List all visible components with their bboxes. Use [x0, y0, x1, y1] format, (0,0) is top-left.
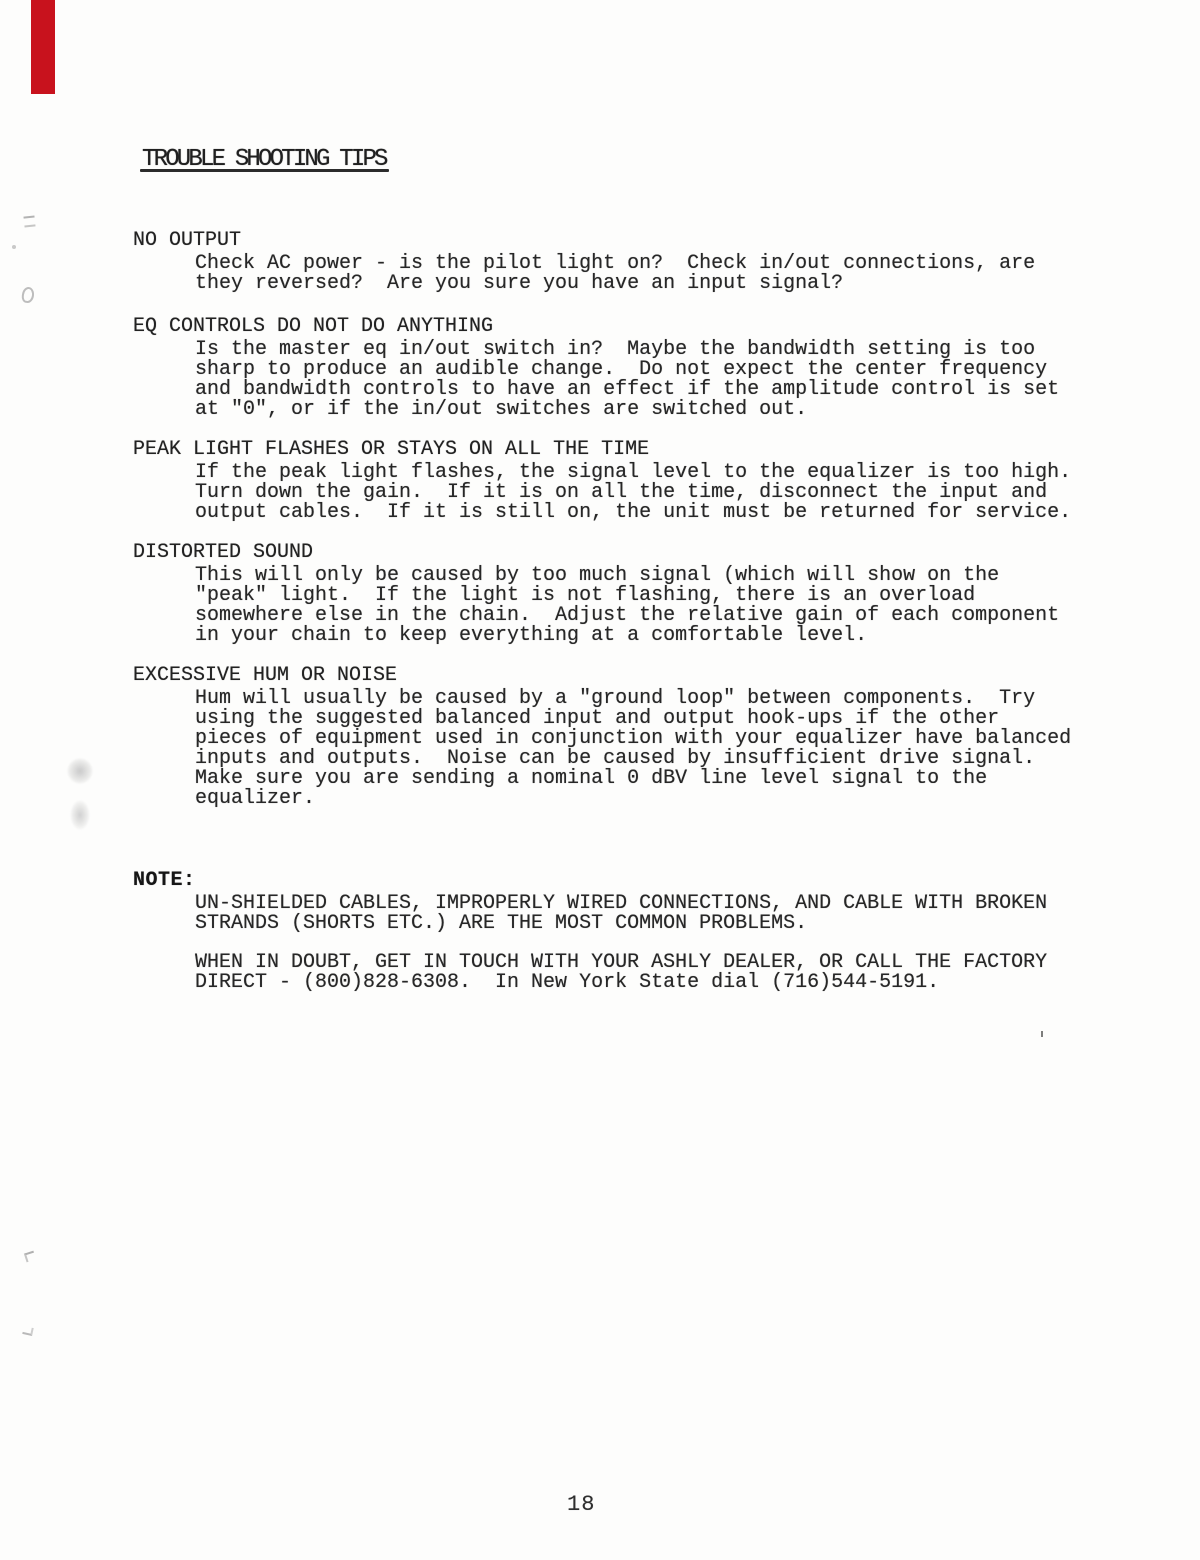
body-line: Check AC power - is the pilot light on? …: [195, 254, 1163, 274]
note-paragraph: UN-SHIELDED CABLES, IMPROPERLY WIRED CON…: [195, 894, 1163, 934]
body-line: output cables. If it is still on, the un…: [195, 503, 1163, 523]
section-distorted-sound: DISTORTED SOUND This will only be caused…: [133, 543, 1163, 646]
body-line: Make sure you are sending a nominal 0 dB…: [195, 769, 1163, 789]
body-line: equalizer.: [195, 789, 1163, 809]
scan-smudge: [70, 800, 90, 830]
body-line: and bandwidth controls to have an effect…: [195, 380, 1163, 400]
section-body: Hum will usually be caused by a "ground …: [133, 689, 1163, 809]
body-line: using the suggested balanced input and o…: [195, 709, 1163, 729]
section-heading: PEAK LIGHT FLASHES OR STAYS ON ALL THE T…: [133, 440, 1163, 460]
section-note: NOTE: UN-SHIELDED CABLES, IMPROPERLY WIR…: [133, 871, 1163, 993]
body-line: UN-SHIELDED CABLES, IMPROPERLY WIRED CON…: [195, 894, 1163, 914]
body-line: "peak" light. If the light is not flashi…: [195, 586, 1163, 606]
note-paragraph: WHEN IN DOUBT, GET IN TOUCH WITH YOUR AS…: [195, 953, 1163, 993]
body-line: in your chain to keep everything at a co…: [195, 626, 1163, 646]
section-body: If the peak light flashes, the signal le…: [133, 463, 1163, 523]
document-page: TROUBLE SHOOTING TIPS NO OUTPUT Check AC…: [0, 0, 1200, 1560]
scan-speck: [12, 245, 16, 249]
body-line: Hum will usually be caused by a "ground …: [195, 689, 1163, 709]
body-line: somewhere else in the chain. Adjust the …: [195, 606, 1163, 626]
body-line: pieces of equipment used in conjunction …: [195, 729, 1163, 749]
body-line: they reversed? Are you sure you have an …: [195, 274, 1163, 294]
body-line: If the peak light flashes, the signal le…: [195, 463, 1163, 483]
page-number: 18: [567, 1492, 595, 1517]
scan-speck: [24, 1251, 36, 1263]
title-underline: [140, 169, 389, 172]
section-body: This will only be caused by too much sig…: [133, 566, 1163, 646]
section-excessive-hum: EXCESSIVE HUM OR NOISE Hum will usually …: [133, 666, 1163, 809]
scan-smudge: [66, 758, 94, 784]
section-eq-controls: EQ CONTROLS DO NOT DO ANYTHING Is the ma…: [133, 317, 1163, 420]
scan-speck: [22, 1326, 33, 1336]
scan-speck: [1041, 1031, 1043, 1037]
scan-speck: [23, 215, 35, 227]
body-line: STRANDS (SHORTS ETC.) ARE THE MOST COMMO…: [195, 914, 1163, 934]
body-line: Is the master eq in/out switch in? Maybe…: [195, 340, 1163, 360]
body-line: This will only be caused by too much sig…: [195, 566, 1163, 586]
section-no-output: NO OUTPUT Check AC power - is the pilot …: [133, 231, 1163, 294]
section-heading: DISTORTED SOUND: [133, 543, 1163, 563]
section-heading: EXCESSIVE HUM OR NOISE: [133, 666, 1163, 686]
section-heading: EQ CONTROLS DO NOT DO ANYTHING: [133, 317, 1163, 337]
body-line: sharp to produce an audible change. Do n…: [195, 360, 1163, 380]
section-peak-light: PEAK LIGHT FLASHES OR STAYS ON ALL THE T…: [133, 440, 1163, 523]
note-body: UN-SHIELDED CABLES, IMPROPERLY WIRED CON…: [133, 894, 1163, 993]
scan-artifact-red-bar: [31, 0, 55, 94]
section-body: Is the master eq in/out switch in? Maybe…: [133, 340, 1163, 420]
section-heading: NO OUTPUT: [133, 231, 1163, 251]
body-line: WHEN IN DOUBT, GET IN TOUCH WITH YOUR AS…: [195, 953, 1163, 973]
scan-speck: [21, 286, 35, 304]
body-line: Turn down the gain. If it is on all the …: [195, 483, 1163, 503]
body-line: inputs and outputs. Noise can be caused …: [195, 749, 1163, 769]
body-line: DIRECT - (800)828-6308. In New York Stat…: [195, 973, 1163, 993]
section-body: Check AC power - is the pilot light on? …: [133, 254, 1163, 294]
note-heading: NOTE:: [133, 871, 1163, 891]
body-line: at "0", or if the in/out switches are sw…: [195, 400, 1163, 420]
